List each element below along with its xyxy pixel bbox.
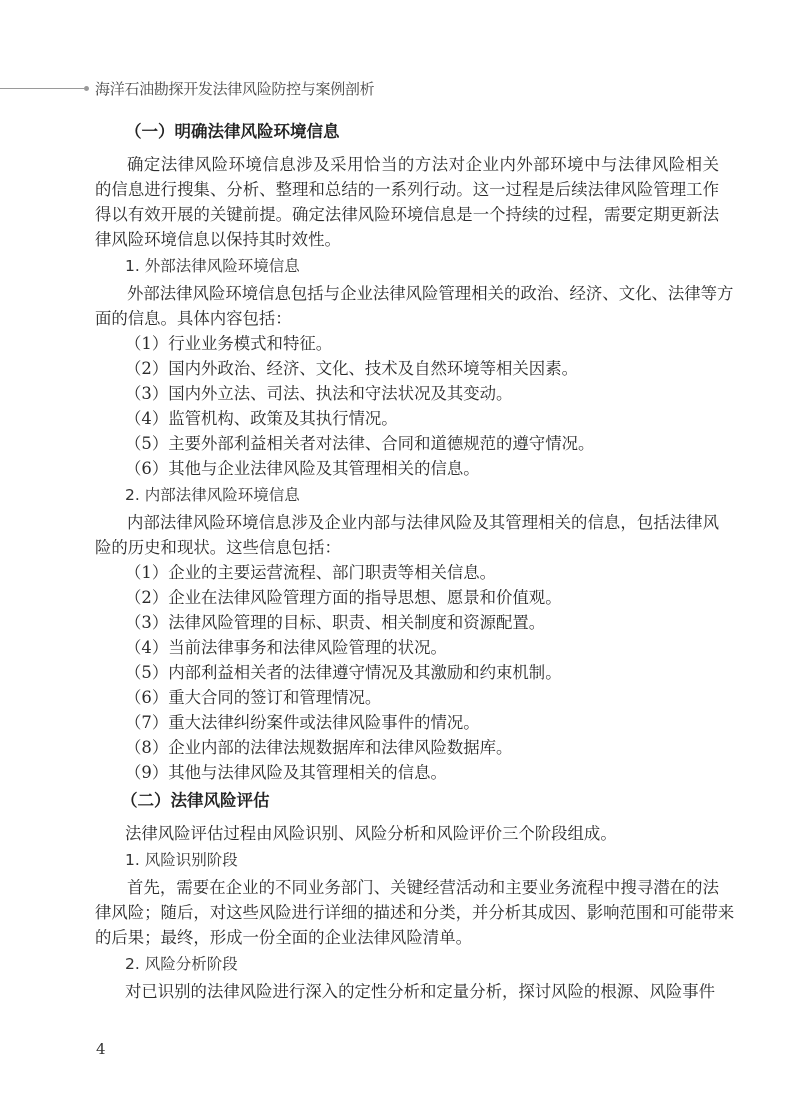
internal-list: （1）企业的主要运营流程、部门职责等相关信息。 （2）企业在法律风险管理方面的指… (95, 560, 719, 785)
section-heading-2: （二）法律风险评估 (95, 788, 719, 813)
text-line: 确定法律风险环境信息涉及采用恰当的方法对企业内外部环境中与法律风险相关 (95, 152, 719, 177)
text-line: 外部法律风险环境信息包括与企业法律风险管理相关的政治、经济、文化、法律等方 (95, 281, 719, 306)
page-body: （一）明确法律风险环境信息 确定法律风险环境信息涉及采用恰当的方法对企业内外部环… (95, 119, 719, 1004)
internal-intro: 内部法律风险环境信息涉及企业内部与法律风险及其管理相关的信息，包括法律风 险的历… (95, 510, 719, 560)
running-head: 海洋石油勘探开发法律风险防控与案例剖析 (0, 79, 799, 99)
list-item: （9）其他与法律风险及其管理相关的信息。 (95, 760, 719, 785)
running-head-bullet-icon (84, 86, 89, 91)
list-item: （1）企业的主要运营流程、部门职责等相关信息。 (95, 560, 719, 585)
analysis-paragraph: 对已识别的法律风险进行深入的定性分析和定量分析，探讨风险的根源、风险事件 (95, 979, 719, 1004)
running-head-rule (0, 88, 84, 89)
text-line: 内部法律风险环境信息涉及企业内部与法律风险及其管理相关的信息，包括法律风 (95, 510, 719, 535)
list-item: （4）当前法律事务和法律风险管理的状况。 (95, 635, 719, 660)
list-item: （4）监管机构、政策及其执行情况。 (95, 406, 719, 431)
text-line: 的后果；最终，形成一份全面的企业法律风险清单。 (95, 925, 719, 950)
list-item: （5）主要外部利益相关者对法律、合同和道德规范的遵守情况。 (95, 431, 719, 456)
list-item: （2）国内外政治、经济、文化、技术及自然环境等相关因素。 (95, 356, 719, 381)
list-item: （6）重大合同的签订和管理情况。 (95, 685, 719, 710)
list-item: （2）企业在法律风险管理方面的指导思想、愿景和价值观。 (95, 585, 719, 610)
text-line: 律风险环境信息以保持其时效性。 (95, 227, 719, 252)
text-line: 面的信息。具体内容包括： (95, 306, 719, 331)
external-intro: 外部法律风险环境信息包括与企业法律风险管理相关的政治、经济、文化、法律等方 面的… (95, 281, 719, 331)
section-1-intro: 确定法律风险环境信息涉及采用恰当的方法对企业内外部环境中与法律风险相关 的信息进… (95, 152, 719, 252)
list-item: （3）法律风险管理的目标、职责、相关制度和资源配置。 (95, 610, 719, 635)
subsection-heading-identification: 1. 风险识别阶段 (95, 848, 719, 873)
book-title: 海洋石油勘探开发法律风险防控与案例剖析 (95, 79, 374, 99)
text-line: 险的历史和现状。这些信息包括： (95, 535, 719, 560)
text-line: 的信息进行搜集、分析、整理和总结的一系列行动。这一过程是后续法律风险管理工作 (95, 177, 719, 202)
list-item: （6）其他与企业法律风险及其管理相关的信息。 (95, 456, 719, 481)
identification-paragraph: 首先，需要在企业的不同业务部门、关键经营活动和主要业务流程中搜寻潜在的法 律风险… (95, 875, 719, 950)
subsection-heading-external: 1. 外部法律风险环境信息 (95, 254, 719, 279)
text-line: 得以有效开展的关键前提。确定法律风险环境信息是一个持续的过程，需要定期更新法 (95, 202, 719, 227)
list-item: （3）国内外立法、司法、执法和守法状况及其变动。 (95, 381, 719, 406)
subsection-heading-internal: 2. 内部法律风险环境信息 (95, 483, 719, 508)
list-item: （8）企业内部的法律法规数据库和法律风险数据库。 (95, 735, 719, 760)
external-list: （1）行业业务模式和特征。 （2）国内外政治、经济、文化、技术及自然环境等相关因… (95, 331, 719, 481)
text-line: 律风险；随后，对这些风险进行详细的描述和分类，并分析其成因、影响范围和可能带来 (95, 900, 719, 925)
subsection-heading-analysis: 2. 风险分析阶段 (95, 952, 719, 977)
text-line: 对已识别的法律风险进行深入的定性分析和定量分析，探讨风险的根源、风险事件 (95, 979, 719, 1004)
section-heading-1: （一）明确法律风险环境信息 (95, 119, 719, 144)
text-line: 首先，需要在企业的不同业务部门、关键经营活动和主要业务流程中搜寻潜在的法 (95, 875, 719, 900)
list-item: （5）内部利益相关者的法律遵守情况及其激励和约束机制。 (95, 660, 719, 685)
list-item: （7）重大法律纠纷案件或法律风险事件的情况。 (95, 710, 719, 735)
section-2-intro: 法律风险评估过程由风险识别、风险分析和风险评价三个阶段组成。 (95, 821, 719, 846)
page-number: 4 (96, 1040, 106, 1058)
list-item: （1）行业业务模式和特征。 (95, 331, 719, 356)
